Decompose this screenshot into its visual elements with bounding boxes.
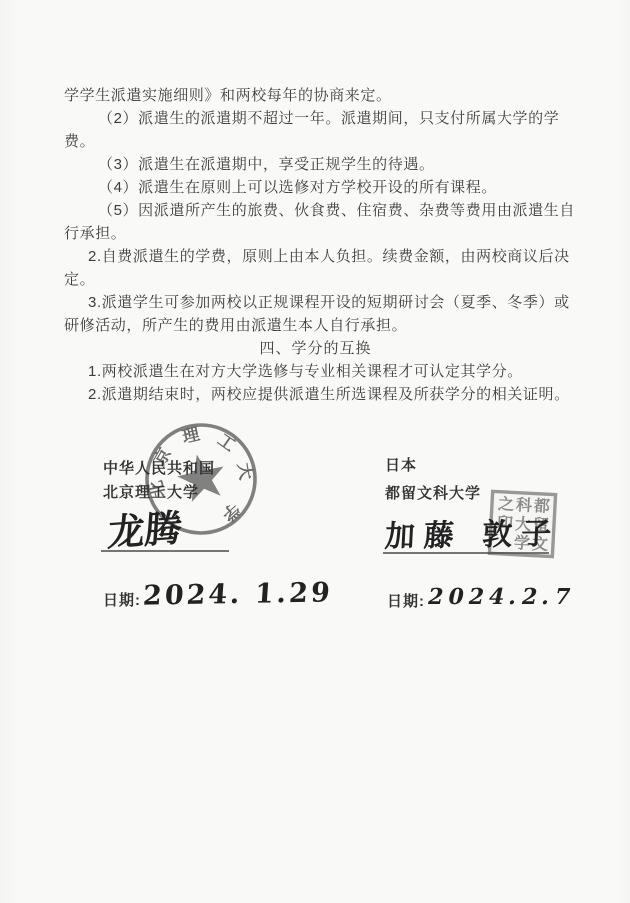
right-signature-handwriting: 加藤 敦子	[384, 508, 562, 555]
left-date-handwriting: 2024. 1.29	[142, 577, 334, 611]
body-line: （3）派遣生在派遣期中，享受正规学生的待遇。	[64, 153, 567, 176]
body-line: （2）派遣生的派遣期不超过一年。派遣期间，只支付所属大学的学	[64, 107, 567, 130]
right-date-handwriting: 2024.2.7	[425, 584, 578, 610]
left-signature-handwriting: 龙腾	[106, 497, 184, 557]
svg-text:大: 大	[233, 461, 257, 481]
body-line: 定。	[64, 268, 567, 291]
body-line: 行承担。	[64, 222, 567, 245]
body-line: 学学生派遣实施细则》和两校每年的协商来定。	[64, 84, 567, 107]
right-date-label: 日期:	[387, 590, 425, 611]
body-line: 3.派遣学生可参加两校以正规课程开设的短期研讨会（夏季、冬季）或	[64, 291, 567, 314]
body-line: 研修活动，所产生的费用由派遣生本人自行承担。	[64, 314, 567, 337]
agreement-body: 学学生派遣实施细则》和两校每年的协商来定。 （2）派遣生的派遣期不超过一年。派遣…	[64, 84, 567, 406]
body-line: （4）派遣生在原则上可以选修对方学校开设的所有课程。	[64, 176, 567, 199]
left-country-label: 中华人民共和国	[103, 457, 215, 478]
section-heading: 四、学分的互换	[64, 337, 567, 360]
svg-text:学: 学	[217, 499, 244, 526]
body-line: 费。	[64, 130, 567, 153]
scanned-agreement-page: 学学生派遣实施细则》和两校每年的协商来定。 （2）派遣生的派遣期不超过一年。派遣…	[0, 0, 630, 903]
body-line: 1.两校派遣生在对方大学选修与专业相关课程才可认定其学分。	[64, 360, 567, 383]
body-line: （5）因派遣所产生的旅费、伙食费、住宿费、杂费等费用由派遣生自	[64, 199, 567, 222]
right-university-label: 都留文科大学	[385, 482, 481, 503]
left-date-label: 日期:	[103, 589, 141, 610]
svg-text:工: 工	[214, 430, 239, 456]
body-line: 2.自费派遣生的学费，原则上由本人负担。续费金额，由两校商议后决	[64, 245, 567, 268]
body-line: 2.派遣期结束时，两校应提供派遣生所选课程及所获学分的相关证明。	[64, 383, 567, 406]
svg-text:理: 理	[181, 424, 203, 448]
right-country-label: 日本	[385, 454, 417, 475]
